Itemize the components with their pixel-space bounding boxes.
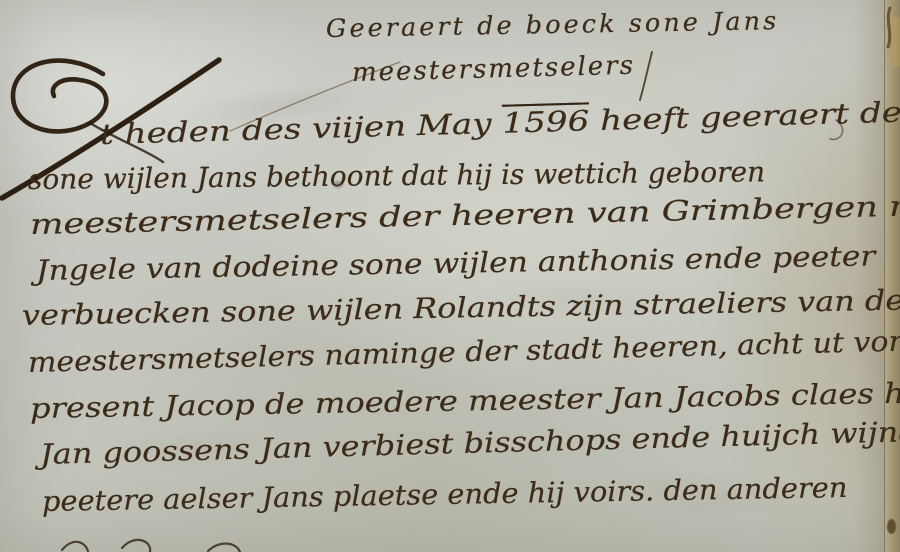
ink-speck: [887, 519, 896, 534]
adjacent-page-edge: [884, 0, 900, 552]
manuscript-photo: Geeraert de boeck sone Jans meestersmets…: [0, 0, 900, 552]
year-1596: 1596: [502, 104, 590, 139]
page-fold-shadow: [854, 0, 886, 552]
page-corner-sliver: [892, 16, 900, 68]
